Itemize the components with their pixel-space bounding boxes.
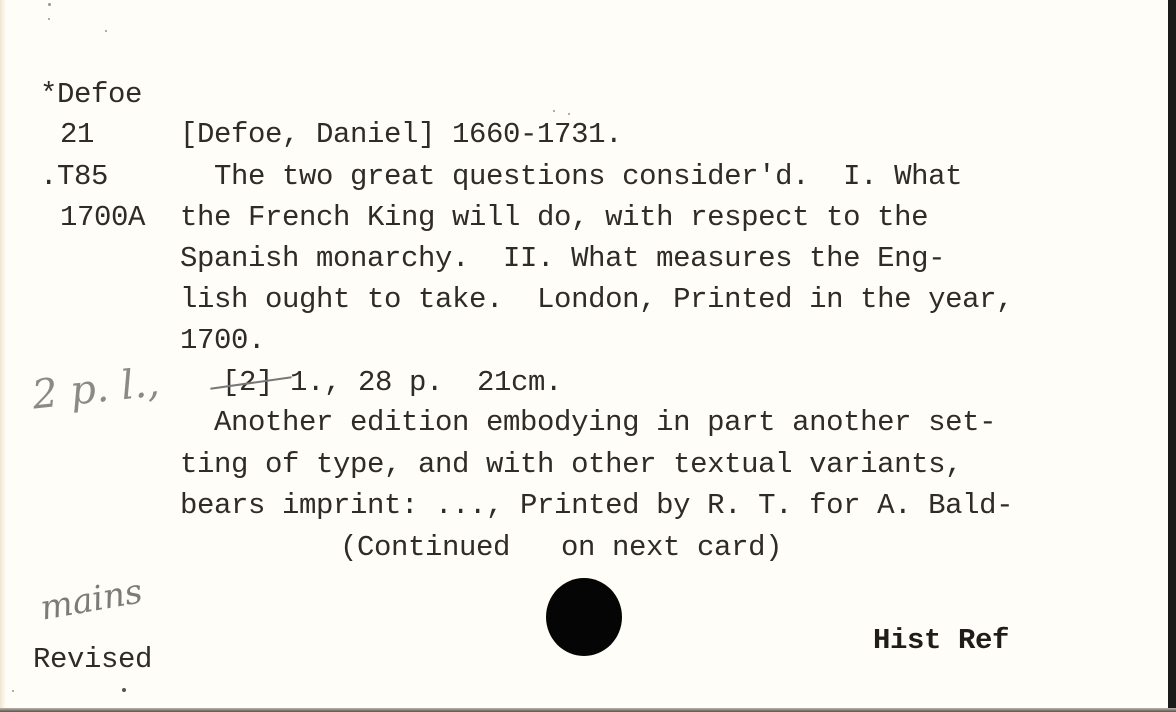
handwritten-annotation: mains [37,571,145,628]
speck [48,3,51,6]
punch-hole [546,578,622,656]
speck [568,113,570,115]
continuation-note: (Continued on next card) [340,533,782,562]
location-label: Hist Ref [873,626,1009,655]
title-line-1: The two great questions consider'd. I. W… [180,162,962,191]
call-number-line-1: *Defoe [40,80,142,109]
call-number-line-3: .T85 [40,162,108,191]
card-left-edge [0,0,6,712]
note-line-1: Another edition embodying in part anothe… [180,408,996,437]
title-line-2: the French King will do, with respect to… [180,203,928,232]
title-line-3: Spanish monarchy. II. What measures the … [180,244,945,273]
note-line-3: bears imprint: ..., Printed by R. T. for… [180,491,1013,520]
author-heading: [Defoe, Daniel] 1660-1731. [180,120,622,149]
card-right-edge [1168,0,1176,712]
speck [553,110,555,112]
speck [122,688,126,692]
speck [48,18,50,20]
call-number-line-2: 21 [60,120,94,149]
catalog-card: *Defoe 21 .T85 1700A [Defoe, Daniel] 166… [0,0,1176,712]
title-line-4: lish ought to take. London, Printed in t… [180,285,1013,314]
speck [105,30,107,32]
handwritten-collation-correction: 2 p. l., [30,359,162,418]
revised-stamp: Revised [33,645,152,674]
note-line-2: ting of type, and with other textual var… [180,450,962,479]
call-number-line-4: 1700A [60,203,145,232]
speck [12,690,14,692]
collation-text: 1., 28 p. 21cm. [273,368,562,397]
title-line-5: 1700. [180,326,265,355]
card-bottom-edge [0,708,1176,712]
